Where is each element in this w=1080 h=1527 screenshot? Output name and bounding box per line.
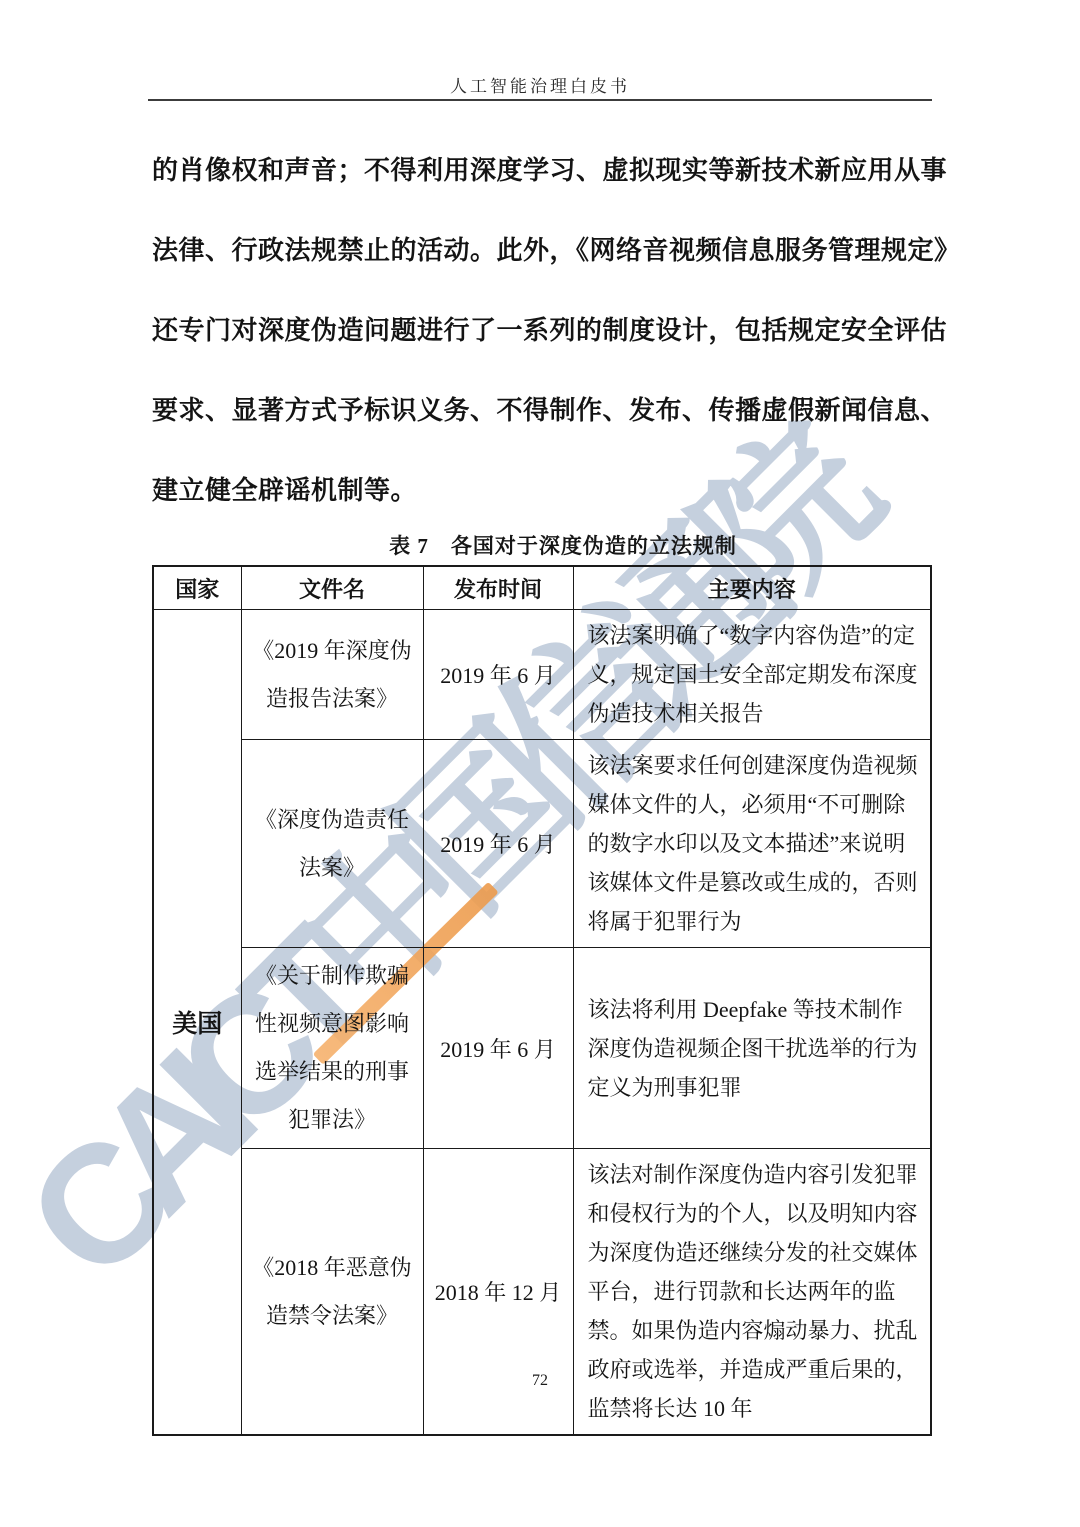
table-row: 美国 《2019 年深度伪造报告法案》 2019 年 6 月 该法案明确了“数字…	[153, 610, 931, 740]
table-header-row: 国家 文件名 发布时间 主要内容	[153, 566, 931, 610]
date-cell: 2019 年 6 月	[423, 740, 573, 948]
date-cell: 2019 年 6 月	[423, 948, 573, 1149]
page-number: 72	[0, 1372, 1080, 1390]
body-line: 法律、行政法规禁止的活动。此外，《网络音视频信息服务管理规定》	[152, 208, 930, 288]
column-header-date: 发布时间	[423, 566, 573, 610]
document-page: CAICT中国信通院 人工智能治理白皮书 的肖像权和声音；不得利用深度学习、虚拟…	[0, 0, 1080, 1527]
doc-cell: 《2018 年恶意伪造禁令法案》	[241, 1149, 423, 1436]
doc-cell: 《关于制作欺骗性视频意图影响选举结果的刑事犯罪法》	[241, 948, 423, 1149]
page-content: 人工智能治理白皮书 的肖像权和声音；不得利用深度学习、虚拟现实等新技术新应用从事…	[0, 0, 1080, 1527]
body-line: 还专门对深度伪造问题进行了一系列的制度设计，包括规定安全评估	[152, 288, 930, 368]
table-row: 《2018 年恶意伪造禁令法案》 2018 年 12 月 该法对制作深度伪造内容…	[153, 1149, 931, 1436]
running-header: 人工智能治理白皮书	[0, 72, 1080, 97]
date-cell: 2018 年 12 月	[423, 1149, 573, 1436]
table-row: 《深度伪造责任法案》 2019 年 6 月 该法案要求任何创建深度伪造视频媒体文…	[153, 740, 931, 948]
content-cell: 该法对制作深度伪造内容引发犯罪和侵权行为的个人，以及明知内容为深度伪造还继续分发…	[573, 1149, 931, 1436]
body-line: 要求、显著方式予标识义务、不得制作、发布、传播虚假新闻信息、	[152, 368, 930, 448]
content-cell: 该法将利用 Deepfake 等技术制作深度伪造视频企图干扰选举的行为定义为刑事…	[573, 948, 931, 1149]
body-line: 的肖像权和声音；不得利用深度学习、虚拟现实等新技术新应用从事	[152, 128, 930, 208]
content-cell: 该法案明确了“数字内容伪造”的定义，规定国土安全部定期发布深度伪造技术相关报告	[573, 610, 931, 740]
body-line: 建立健全辟谣机制等。	[152, 448, 930, 528]
column-header-doc: 文件名	[241, 566, 423, 610]
country-cell: 美国	[153, 610, 241, 1436]
body-paragraph: 的肖像权和声音；不得利用深度学习、虚拟现实等新技术新应用从事 法律、行政法规禁止…	[152, 128, 930, 528]
doc-cell: 《2019 年深度伪造报告法案》	[241, 610, 423, 740]
doc-cell: 《深度伪造责任法案》	[241, 740, 423, 948]
deepfake-legislation-table: 国家 文件名 发布时间 主要内容 美国 《2019 年深度伪造报告法案》 201…	[152, 565, 932, 1436]
column-header-country: 国家	[153, 566, 241, 610]
date-cell: 2019 年 6 月	[423, 610, 573, 740]
content-cell: 该法案要求任何创建深度伪造视频媒体文件的人，必须用“不可删除的数字水印以及文本描…	[573, 740, 931, 948]
header-rule	[148, 99, 932, 101]
table-caption: 表 7 各国对于深度伪造的立法规制	[152, 527, 930, 563]
column-header-main: 主要内容	[573, 566, 931, 610]
table-row: 《关于制作欺骗性视频意图影响选举结果的刑事犯罪法》 2019 年 6 月 该法将…	[153, 948, 931, 1149]
